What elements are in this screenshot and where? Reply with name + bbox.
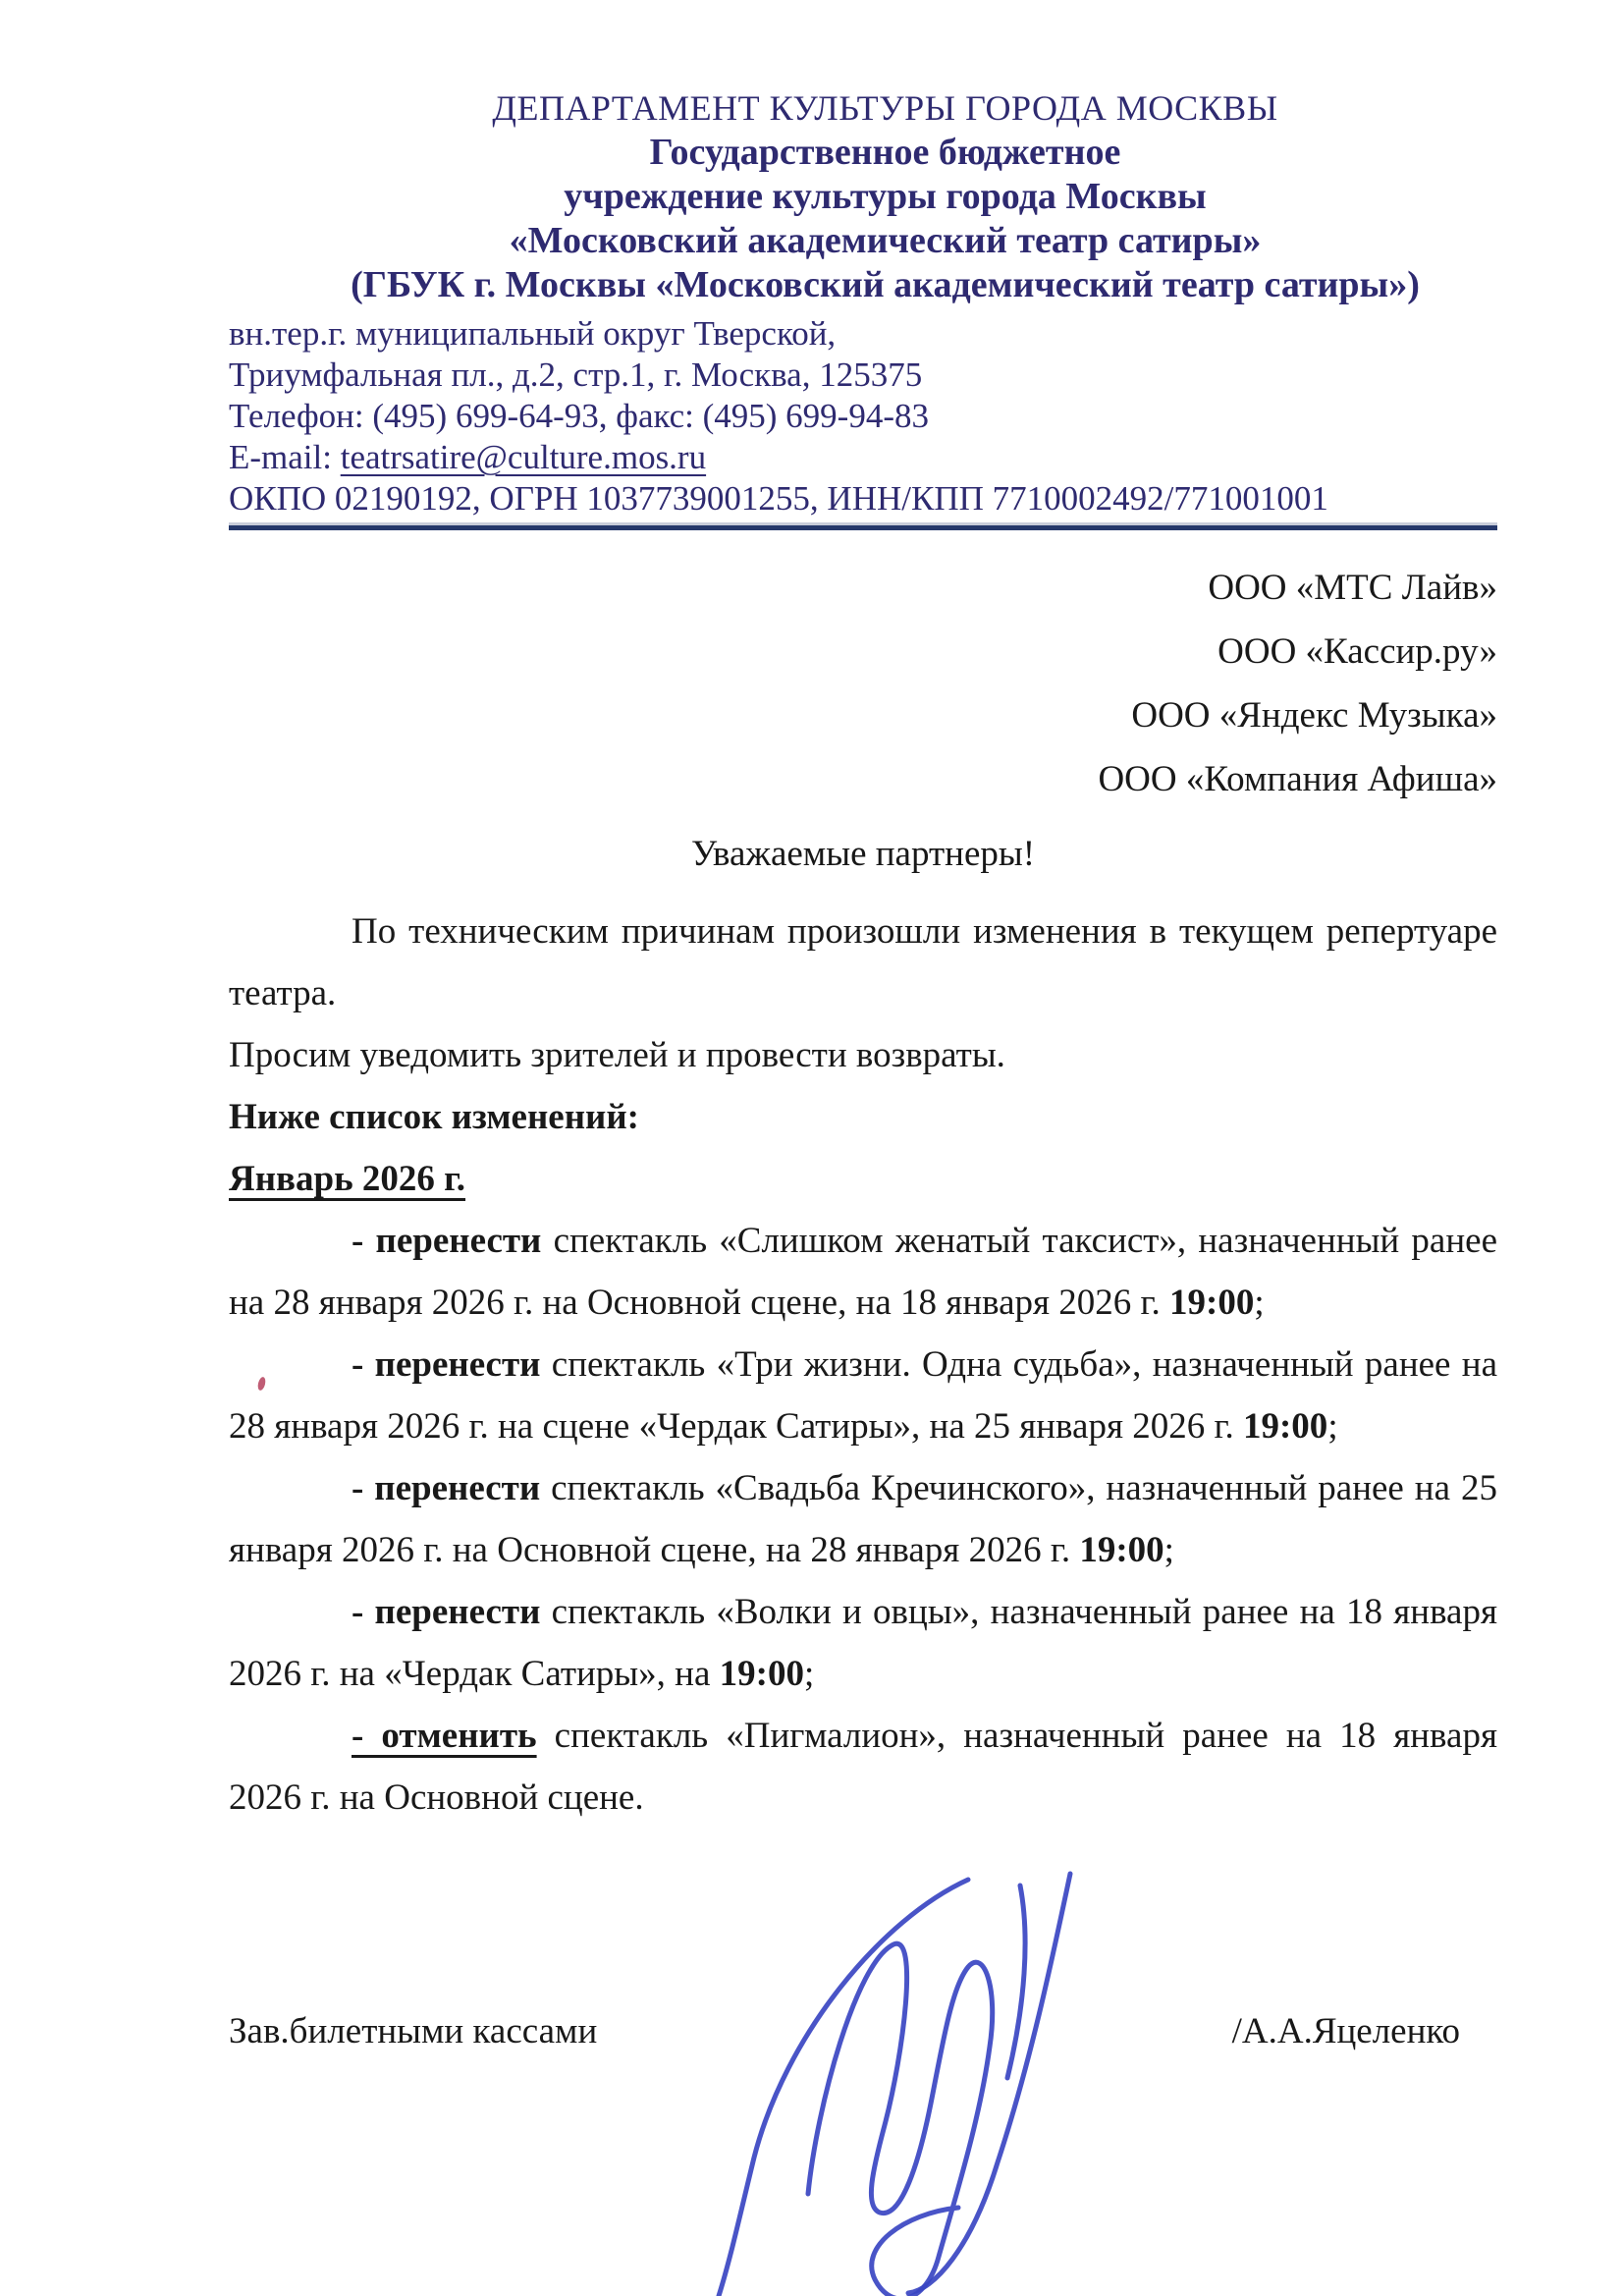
- address-registration: ОКПО 02190192, ОГРН 1037739001255, ИНН/К…: [229, 478, 1497, 519]
- org-name-line: (ГБУК г. Москвы «Московский академически…: [273, 263, 1497, 307]
- body-paragraph: По техническим причинам произошли измене…: [229, 901, 1497, 1024]
- letterhead-address-block: вн.тер.г. муниципальный округ Тверской, …: [229, 313, 1497, 519]
- org-name-line: учреждение культуры города Москвы: [273, 175, 1497, 219]
- recipients-block: ООО «МТС Лайв» ООО «Кассир.ру» ООО «Янде…: [229, 556, 1497, 811]
- recipient: ООО «Компания Афиша»: [229, 747, 1497, 811]
- item-text: ;: [1164, 1530, 1174, 1570]
- item-emphasis-text: - перенести: [352, 1592, 540, 1632]
- letter-body: По техническим причинам произошли измене…: [229, 901, 1497, 1829]
- recipient: ООО «Яндекс Музыка»: [229, 683, 1497, 747]
- handwritten-signature: [607, 1868, 1103, 2296]
- address-street: Триумфальная пл., д.2, стр.1, г. Москва,…: [229, 355, 1497, 396]
- item-text: ;: [1327, 1406, 1337, 1447]
- email-label: E-mail:: [229, 438, 341, 476]
- scanned-letter-page: ДЕПАРТАМЕНТ КУЛЬТУРЫ ГОРОДА МОСКВЫ Госуд…: [0, 0, 1623, 2296]
- org-name-line: «Московский академический театр сатиры»: [273, 219, 1497, 263]
- email-address: teatrsatire@culture.mos.ru: [341, 438, 706, 476]
- repertoire-change-item: - перенести спектакль «Слишком женатый т…: [229, 1210, 1497, 1334]
- item-emphasis-text: - отменить: [352, 1716, 537, 1756]
- repertoire-change-item: - перенести спектакль «Волки и овцы», на…: [229, 1581, 1497, 1705]
- signature-row: Зав.билетными кассами /А.А.Яцеленко: [229, 2010, 1497, 2052]
- repertoire-change-item: - отменить спектакль «Пигмалион», назнач…: [229, 1705, 1497, 1829]
- item-emphasis-text: - перенести: [352, 1468, 540, 1508]
- letterhead: ДЕПАРТАМЕНТ КУЛЬТУРЫ ГОРОДА МОСКВЫ Госуд…: [273, 86, 1497, 307]
- repertoire-change-item: - перенести спектакль «Свадьба Кречинско…: [229, 1457, 1497, 1581]
- signatory-name: /А.А.Яцеленко: [1232, 2010, 1460, 2052]
- list-intro: Ниже список изменений:: [229, 1086, 1497, 1148]
- item-emphasis-text: - перенести: [352, 1344, 540, 1385]
- address-phone: Телефон: (495) 699-64-93, факс: (495) 69…: [229, 396, 1497, 437]
- item-emphasis-text: 19:00: [1169, 1283, 1254, 1323]
- item-emphasis-text: 19:00: [1079, 1530, 1163, 1570]
- item-emphasis-text: 19:00: [720, 1654, 804, 1694]
- address-email-line: E-mail: teatrsatire@culture.mos.ru: [229, 437, 1497, 478]
- salutation: Уважаемые партнеры!: [229, 833, 1497, 875]
- item-text: ;: [804, 1654, 814, 1694]
- letterhead-divider: [229, 525, 1497, 530]
- item-emphasis-text: 19:00: [1243, 1406, 1327, 1447]
- recipient: ООО «МТС Лайв»: [229, 556, 1497, 620]
- item-text: ;: [1254, 1283, 1264, 1323]
- address-municipal: вн.тер.г. муниципальный округ Тверской,: [229, 313, 1497, 355]
- month-heading: Январь 2026 г.: [229, 1148, 1497, 1210]
- repertoire-change-list: - перенести спектакль «Слишком женатый т…: [229, 1210, 1497, 1829]
- signatory-title: Зав.билетными кассами: [229, 2010, 597, 2052]
- body-paragraph: Просим уведомить зрителей и провести воз…: [229, 1024, 1497, 1086]
- recipient: ООО «Кассир.ру»: [229, 620, 1497, 683]
- item-emphasis-text: - перенести: [352, 1221, 541, 1261]
- department-title: ДЕПАРТАМЕНТ КУЛЬТУРЫ ГОРОДА МОСКВЫ: [273, 86, 1497, 131]
- org-name-line: Государственное бюджетное: [273, 131, 1497, 175]
- repertoire-change-item: - перенести спектакль «Три жизни. Одна с…: [229, 1334, 1497, 1457]
